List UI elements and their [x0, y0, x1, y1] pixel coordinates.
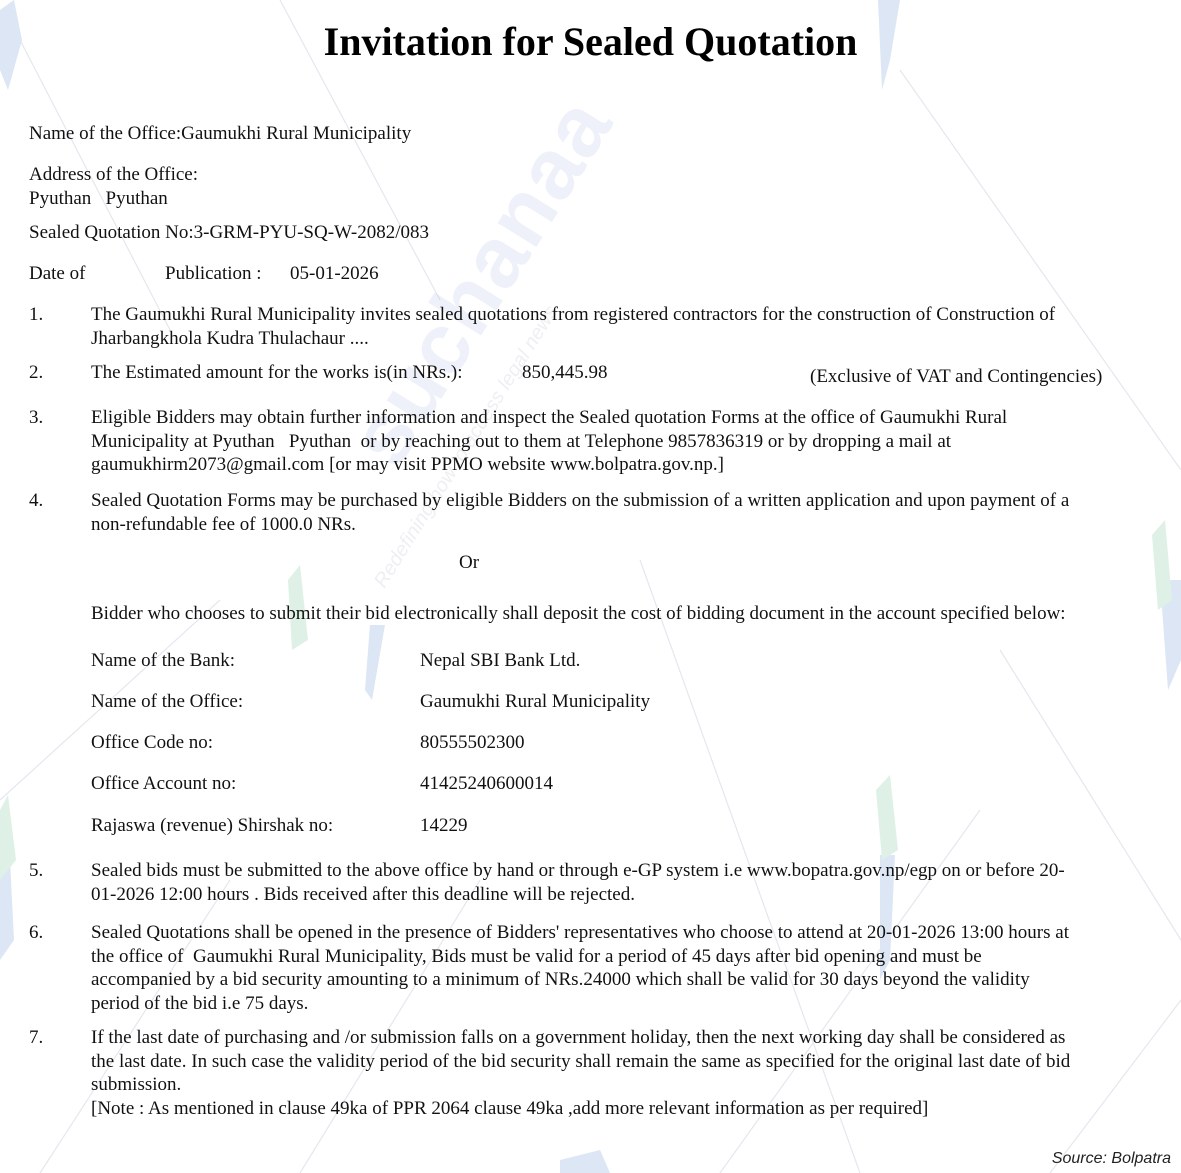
- date-label-1: Date of: [29, 262, 85, 286]
- clause-line: Eligible Bidders may obtain further info…: [91, 406, 1161, 430]
- clause-number: 2.: [29, 361, 43, 385]
- quotation-number: Sealed Quotation No:3-GRM-PYU-SQ-W-2082/…: [29, 221, 429, 245]
- clause-line: Sealed bids must be submitted to the abo…: [91, 859, 1161, 883]
- bank-detail-value: Gaumukhi Rural Municipality: [420, 690, 650, 714]
- clause-number: 7.: [29, 1026, 43, 1050]
- electronic-submission-text: Bidder who chooses to submit their bid e…: [91, 602, 1066, 626]
- source-credit: Source: Bolpatra: [1052, 1150, 1171, 1168]
- clause-line: 01-2026 12:00 hours . Bids received afte…: [91, 883, 1161, 907]
- clause-line: Municipality at Pyuthan Pyuthan or by re…: [91, 430, 1161, 454]
- clause-5-text: Sealed bids must be submitted to the abo…: [91, 859, 1161, 906]
- clause-number: 5.: [29, 859, 43, 883]
- clause-number: 1.: [29, 303, 43, 327]
- clause-7-text: If the last date of purchasing and /or s…: [91, 1026, 1161, 1120]
- clause-line: Sealed Quotation Forms may be purchased …: [91, 489, 1161, 513]
- clause-line: The Gaumukhi Rural Municipality invites …: [91, 303, 1161, 327]
- clause-line: submission.: [91, 1073, 1161, 1097]
- or-separator: Or: [459, 551, 479, 575]
- clause-line: period of the bid i.e 75 days.: [91, 992, 1161, 1016]
- bank-detail-value: Nepal SBI Bank Ltd.: [420, 649, 580, 673]
- clause-4-text: Sealed Quotation Forms may be purchased …: [91, 489, 1161, 536]
- bank-detail-label: Name of the Bank:: [91, 649, 235, 673]
- bank-detail-value: 80555502300: [420, 731, 525, 755]
- bank-detail-label: Office Code no:: [91, 731, 213, 755]
- address-label: Address of the Office:: [29, 163, 198, 187]
- clause-line: the office of Gaumukhi Rural Municipalit…: [91, 945, 1161, 969]
- publication-date: 05-01-2026: [290, 262, 379, 286]
- estimated-amount-note: (Exclusive of VAT and Contingencies): [810, 365, 1102, 389]
- clause-3-text: Eligible Bidders may obtain further info…: [91, 406, 1161, 477]
- page-title: Invitation for Sealed Quotation: [0, 18, 1181, 65]
- clause-line: non-refundable fee of 1000.0 NRs.: [91, 513, 1161, 537]
- bank-detail-value: 14229: [420, 814, 468, 838]
- clause-number: 4.: [29, 489, 43, 513]
- date-label-2: Publication :: [165, 262, 262, 286]
- bank-detail-label: Office Account no:: [91, 772, 236, 796]
- bank-detail-label: Name of the Office:: [91, 690, 243, 714]
- clause-line: If the last date of purchasing and /or s…: [91, 1026, 1161, 1050]
- clause-1-text: The Gaumukhi Rural Municipality invites …: [91, 303, 1161, 350]
- office-name: Name of the Office:Gaumukhi Rural Munici…: [29, 122, 411, 146]
- clause-note: [Note : As mentioned in clause 49ka of P…: [91, 1097, 1161, 1121]
- clause-line: Jharbangkhola Kudra Thulachaur ....: [91, 327, 1161, 351]
- estimated-amount-label: The Estimated amount for the works is(in…: [91, 361, 463, 385]
- bank-detail-label: Rajaswa (revenue) Shirshak no:: [91, 814, 333, 838]
- clause-number: 6.: [29, 921, 43, 945]
- estimated-amount-value: 850,445.98: [522, 361, 608, 385]
- clause-line: Sealed Quotations shall be opened in the…: [91, 921, 1161, 945]
- clause-6-text: Sealed Quotations shall be opened in the…: [91, 921, 1161, 1015]
- bank-detail-value: 41425240600014: [420, 772, 553, 796]
- address-value: Pyuthan Pyuthan: [29, 187, 168, 211]
- clause-line: gaumukhirm2073@gmail.com [or may visit P…: [91, 453, 1161, 477]
- clause-line: accompanied by a bid security amounting …: [91, 968, 1161, 992]
- clause-number: 3.: [29, 406, 43, 430]
- clause-line: the last date. In such case the validity…: [91, 1050, 1161, 1074]
